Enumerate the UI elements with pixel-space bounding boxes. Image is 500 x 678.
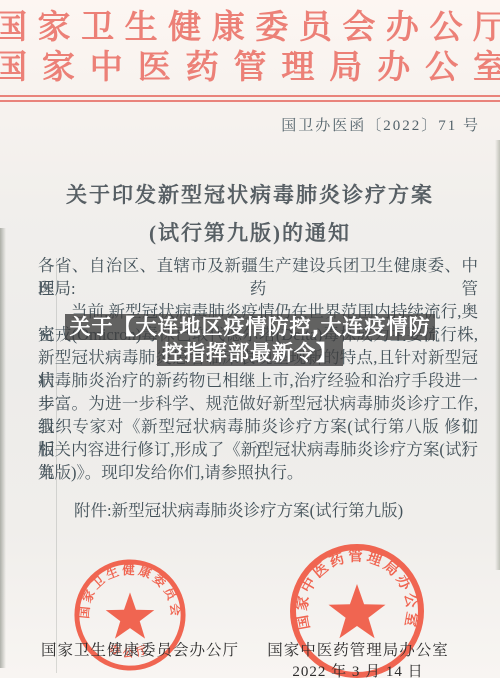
letterhead: 国家卫生健康委员会办公厅 国家中医药管理局办公室 xyxy=(0,8,500,102)
body-text-line: 组织专家对《新型冠状病毒肺炎诊疗方案(试行第八版 修订版)》 xyxy=(38,415,478,438)
title-line-2: (试行第九版)的通知 xyxy=(149,221,351,245)
photo-edge-left xyxy=(0,228,6,668)
letterhead-line-2: 国家中医药管理局办公室 xyxy=(0,48,500,88)
letterhead-rule xyxy=(0,95,500,102)
star-icon xyxy=(106,592,155,638)
letterhead-line-1: 国家卫生健康委员会办公厅 xyxy=(0,8,500,48)
body-text-line: 九版)》。现印发给你们,请参照执行。 xyxy=(38,461,478,484)
body-text-line: 病毒肺炎治疗的新药物已相继上市,治疗经验和治疗手段进一步 xyxy=(38,369,478,392)
caption-line-1: 关于【大连地区疫情防控,大连疫情防 xyxy=(65,314,436,340)
document-photo: 国家卫生健康委员会办公厅 国家中医药管理局办公室 国卫办医函〔2022〕71 号… xyxy=(0,0,500,678)
overlay-caption: 关于【大连地区疫情防控,大连疫情防 控指挥部最新令】 xyxy=(0,314,500,366)
document-title: 关于印发新型冠状病毒肺炎诊疗方案 (试行第九版)的通知 xyxy=(0,176,500,252)
body-paragraph: 各省、自治区、直辖市及新疆生产建设兵团卫生健康委、中医药管理局:当前,新型冠状病… xyxy=(38,254,478,484)
body-text-line: 各省、自治区、直辖市及新疆生产建设兵团卫生健康委、中医药管 xyxy=(38,254,478,277)
body-text-line: 相关内容进行修订,形成了《新型冠状病毒肺炎诊疗方案(试行第 xyxy=(38,438,478,461)
attachment-line: 附件:新型冠状病毒肺炎诊疗方案(试行第九版) xyxy=(38,497,478,521)
title-line-1: 关于印发新型冠状病毒肺炎诊疗方案 xyxy=(66,183,434,207)
caption-row: 控指挥部最新令】 xyxy=(0,340,500,366)
document-number: 国卫办医函〔2022〕71 号 xyxy=(281,114,480,135)
caption-line-2: 控指挥部最新令】 xyxy=(157,340,343,366)
star-icon xyxy=(329,584,386,638)
signature-left: 国家卫生健康委员会办公厅 xyxy=(40,638,240,660)
caption-row: 关于【大连地区疫情防控,大连疫情防 xyxy=(0,314,500,340)
date-line: 2022 年 3 月 14 日 xyxy=(272,660,444,678)
signature-right: 国家中医药管理局办公室 xyxy=(262,638,454,660)
body-text-line: 丰富。为进一步科学、规范做好新型冠状病毒肺炎诊疗工作,我们 xyxy=(38,392,478,415)
